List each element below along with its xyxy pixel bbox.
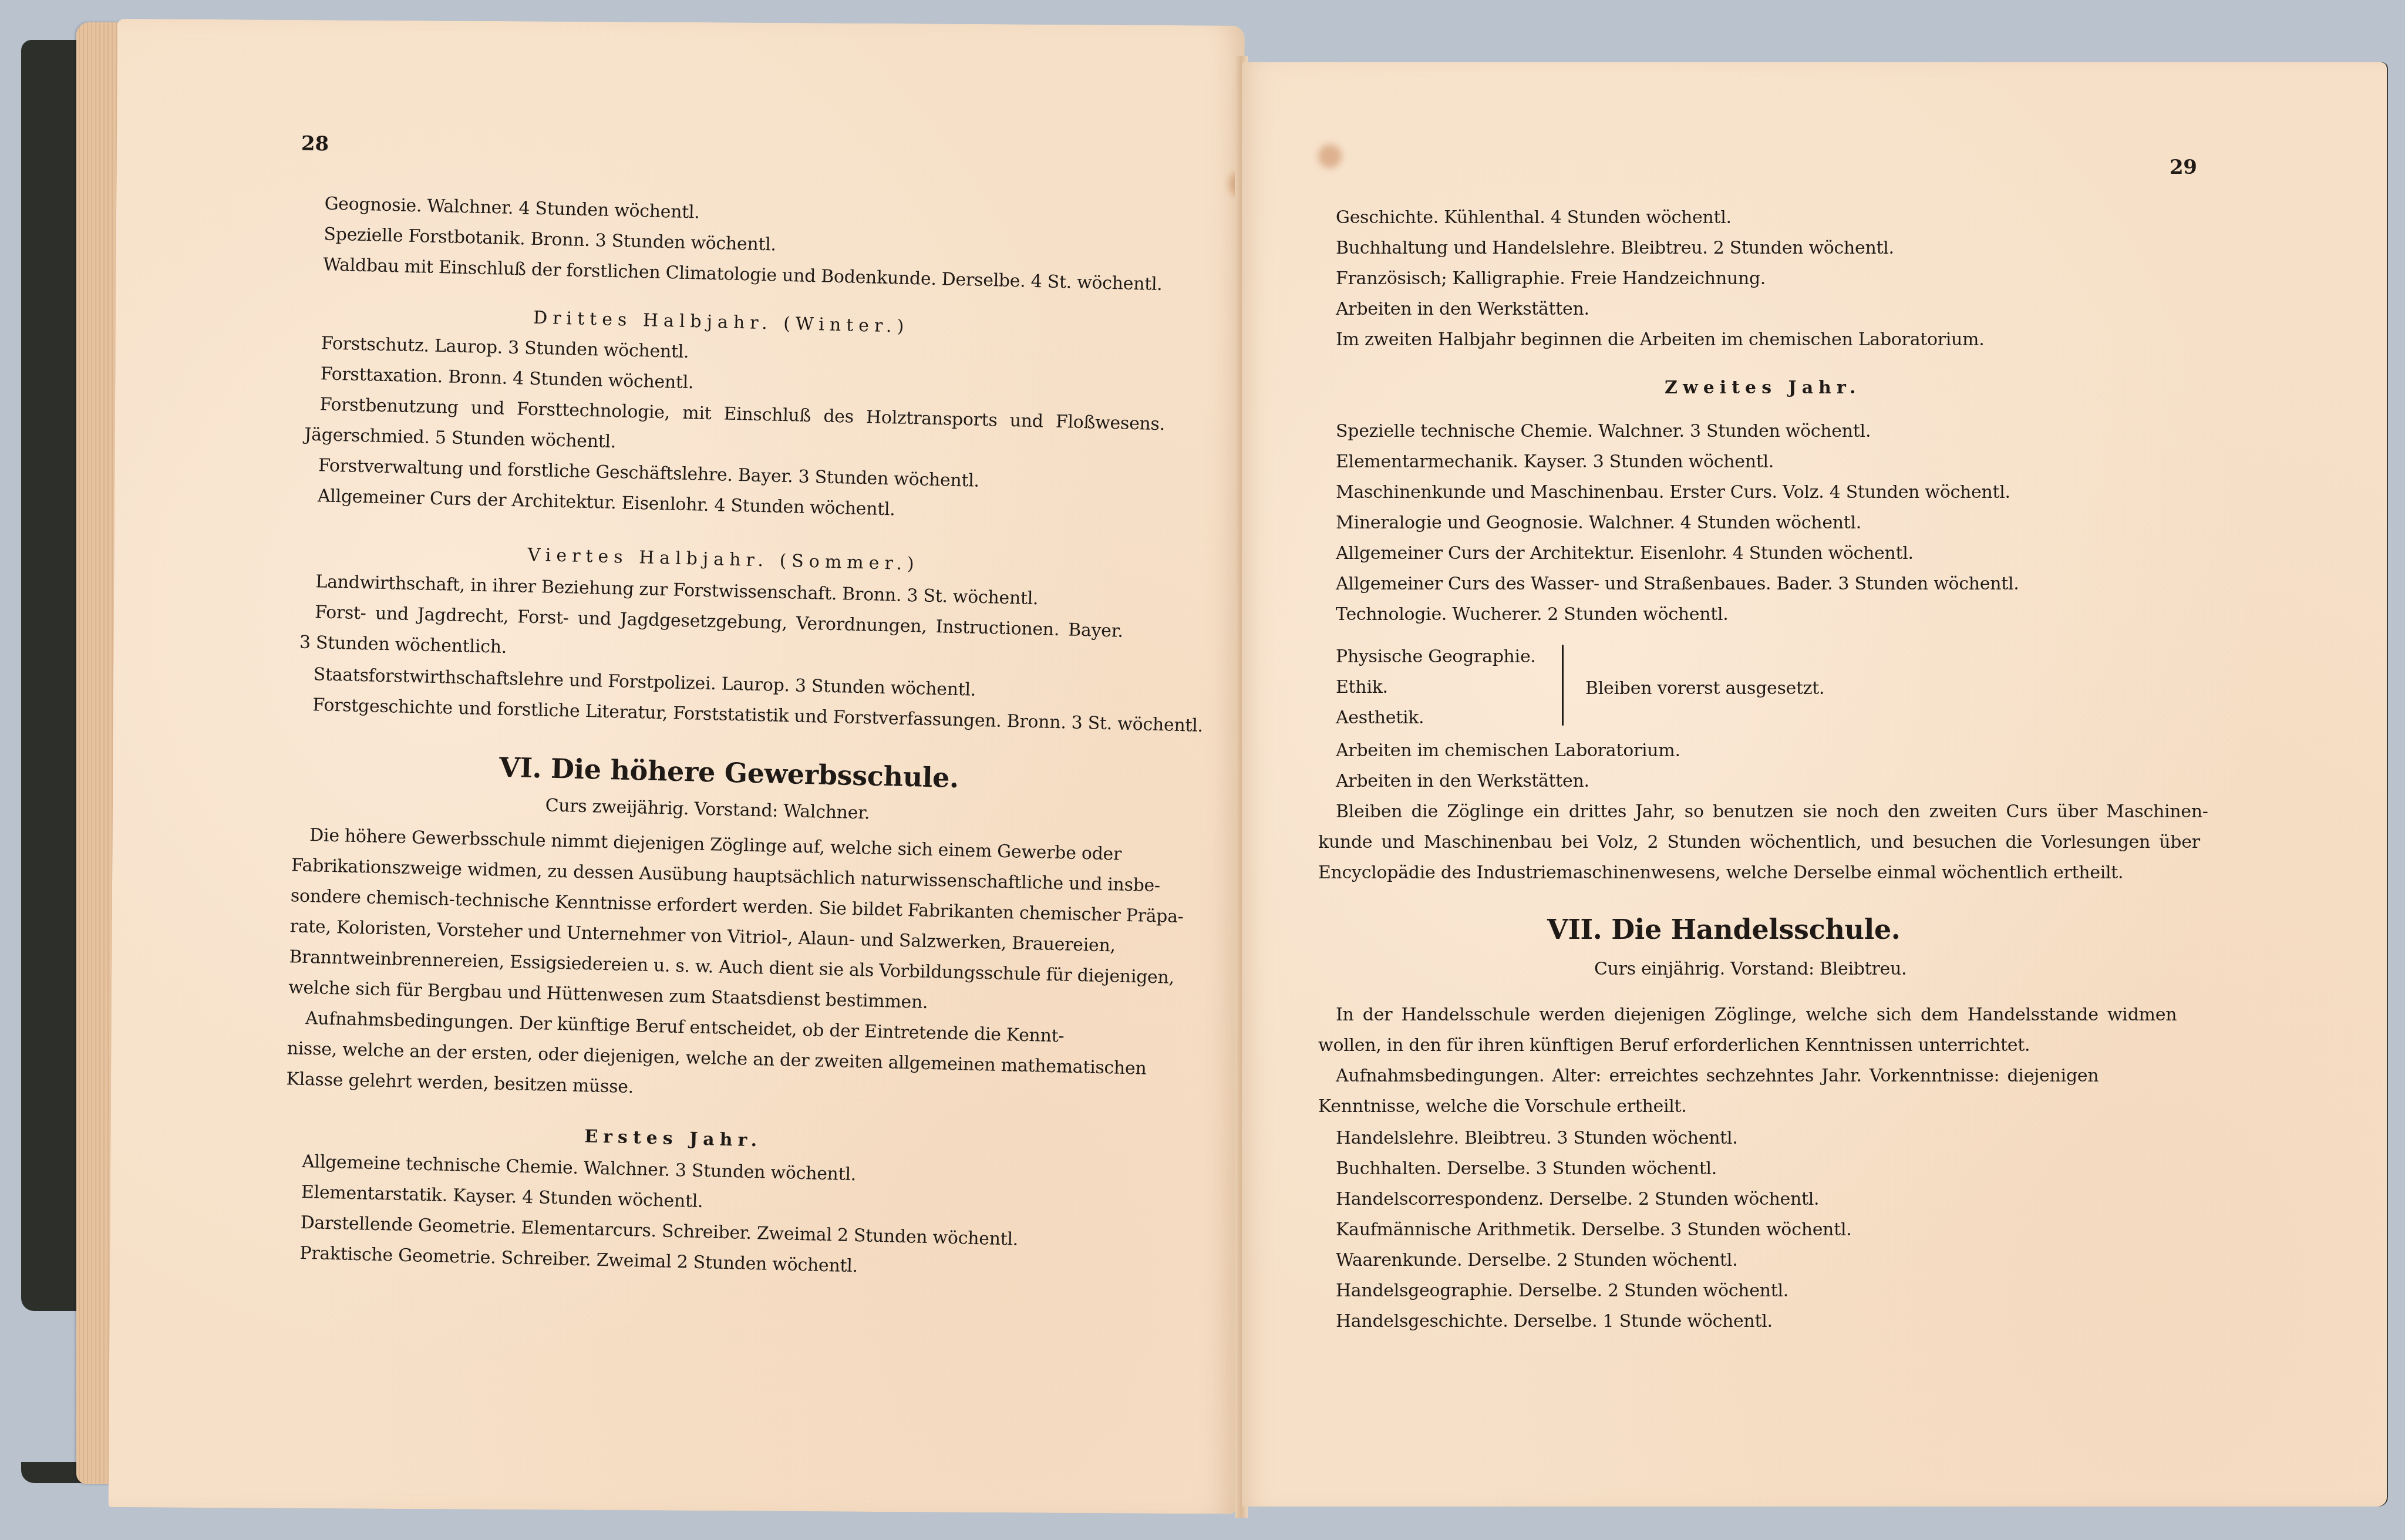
text-line: Forstverwaltung und forstliche Geschäfts… (318, 457, 979, 490)
text-line: Handelsgeographie. Derselbe. 2 Stunden w… (1336, 1282, 1788, 1300)
bracket-note: Bleiben vorerst ausgesetzt. (1585, 680, 1824, 697)
text-line: Kaufmännische Arithmetik. Derselbe. 3 St… (1336, 1221, 1851, 1239)
text-line: Allgemeine technische Chemie. Walchner. … (302, 1153, 856, 1184)
text-line: Arbeiten im chemischen Laboratorium. (1336, 742, 1680, 760)
text-line: Arbeiten in den Werkstätten. (1336, 773, 1589, 790)
section-heading: Erstes Jahr. (584, 1128, 762, 1150)
text-line: Französisch; Kalligraphie. Freie Handzei… (1336, 270, 1766, 288)
text-line: Waldbau mit Einschluß der forstlichen Cl… (323, 256, 1163, 294)
paragraph-line: Bleiben die Zöglinge ein drittes Jahr, s… (1336, 803, 2208, 821)
text-line: Forstschutz. Laurop. 3 Stunden wöchentl. (321, 335, 689, 361)
section-title-vii: VII. Die Handelsschule. (1547, 916, 1901, 943)
text-line: Forstgeschichte und forstliche Literatur… (312, 696, 1203, 735)
text-line: Landwirthschaft, in ihrer Beziehung zur … (315, 573, 1038, 608)
text-line: Handelslehre. Bleibtreu. 3 Stunden wöche… (1336, 1130, 1738, 1147)
section-heading: Zweites Jahr. (1665, 379, 1861, 397)
section-title-vi: VI. Die höhere Gewerbsschule. (499, 754, 959, 791)
text-line: Jägerschmied. 5 Stunden wöchentl. (304, 426, 616, 451)
right-page: 29 Geschichte. Kühlenthal. 4 Stunden wöc… (1242, 62, 2387, 1507)
text-line: Praktische Geometrie. Schreiber. Zweimal… (299, 1245, 858, 1275)
paragraph-line: wollen, in den für ihren künftigen Beruf… (1318, 1037, 2030, 1054)
text-line: Geognosie. Walchner. 4 Stunden wöchentl. (324, 195, 700, 221)
admission-line: Aufnahmsbedingungen. Der künftige Beruf … (305, 1010, 1065, 1045)
text-line: 3 Stunden wöchentlich. (299, 634, 507, 656)
brace-bracket (1562, 645, 1564, 726)
text-line: Buchhalten. Derselbe. 3 Stunden wöchentl… (1336, 1160, 1717, 1178)
paragraph-line: kunde und Maschinenbau bei Volz, 2 Stund… (1318, 834, 2200, 851)
page-number: 28 (301, 133, 329, 154)
book-scan: 28 Geognosie. Walchner. 4 Stunden wöchen… (0, 0, 2405, 1540)
bracketed-subject: Ethik. (1336, 679, 1388, 696)
paragraph-line: In der Handelsschule werden diejenigen Z… (1336, 1006, 2177, 1024)
text-line: Arbeiten in den Werkstätten. (1336, 301, 1589, 318)
text-line: Spezielle Forstbotanik. Bronn. 3 Stunden… (324, 225, 776, 254)
text-line: Elementarstatik. Kayser. 4 Stunden wöche… (301, 1184, 703, 1211)
text-line: Geschichte. Kühlenthal. 4 Stunden wöchen… (1336, 209, 1732, 227)
text-line: Handelsgeschichte. Derselbe. 1 Stunde wö… (1336, 1313, 1773, 1330)
text-line: Staatsforstwirthschaftslehre und Forstpo… (313, 666, 976, 699)
section-subtitle: Curs einjährig. Vorstand: Bleibtreu. (1594, 961, 1907, 978)
bracketed-subject: Aesthetik. (1336, 709, 1424, 727)
admission-line: Klasse gelehrt werden, besitzen müsse. (286, 1070, 634, 1096)
paragraph-line: welche sich für Bergbau und Hüttenwesen … (288, 979, 928, 1012)
text-line: Handelscorrespondenz. Derselbe. 2 Stunde… (1336, 1191, 1819, 1208)
text-line: Im zweiten Halbjahr beginnen die Arbeite… (1336, 331, 1984, 349)
text-line: Technologie. Wucherer. 2 Stunden wöchent… (1336, 606, 1728, 624)
left-page-text: 28 Geognosie. Walchner. 4 Stunden wöchen… (82, 19, 1244, 1534)
page-number: 29 (2170, 157, 2197, 177)
text-line: Allgemeiner Curs des Wasser- und Straßen… (1336, 575, 2019, 593)
admission-line: Aufnahmsbedingungen. Alter: erreichtes s… (1336, 1067, 2099, 1085)
text-line: Darstellende Geometrie. Elementarcurs. S… (300, 1214, 1018, 1249)
text-line: Maschinenkunde und Maschinenbau. Erster … (1336, 484, 2010, 501)
text-line: Elementarmechanik. Kayser. 3 Stunden wöc… (1336, 453, 1774, 471)
text-line: Forsttaxation. Bronn. 4 Stunden wöchentl… (320, 365, 693, 392)
text-line: Allgemeiner Curs der Architektur. Eisenl… (1336, 545, 1914, 562)
left-page: 28 Geognosie. Walchner. 4 Stunden wöchen… (109, 19, 1245, 1514)
bracketed-subject: Physische Geographie. (1336, 648, 1536, 666)
text-line: Waarenkunde. Derselbe. 2 Stunden wöchent… (1336, 1252, 1737, 1269)
section-heading: Drittes Halbjahr. (Winter.) (533, 309, 910, 336)
text-line: Spezielle technische Chemie. Walchner. 3… (1336, 423, 1871, 440)
paragraph-line: Encyclopädie des Industriemaschinenwesen… (1318, 864, 2123, 882)
section-heading: Viertes Halbjahr. (Sommer.) (527, 547, 919, 574)
text-line: Mineralogie und Geognosie. Walchner. 4 S… (1336, 514, 1861, 532)
section-subtitle: Curs zweijährig. Vorstand: Walchner. (545, 797, 870, 823)
text-line: Buchhaltung und Handelslehre. Bleibtreu.… (1336, 240, 1894, 257)
admission-line: Kenntnisse, welche die Vorschule ertheil… (1318, 1098, 1687, 1116)
stain (1318, 144, 1342, 168)
text-line: Allgemeiner Curs der Architektur. Eisenl… (318, 487, 895, 518)
